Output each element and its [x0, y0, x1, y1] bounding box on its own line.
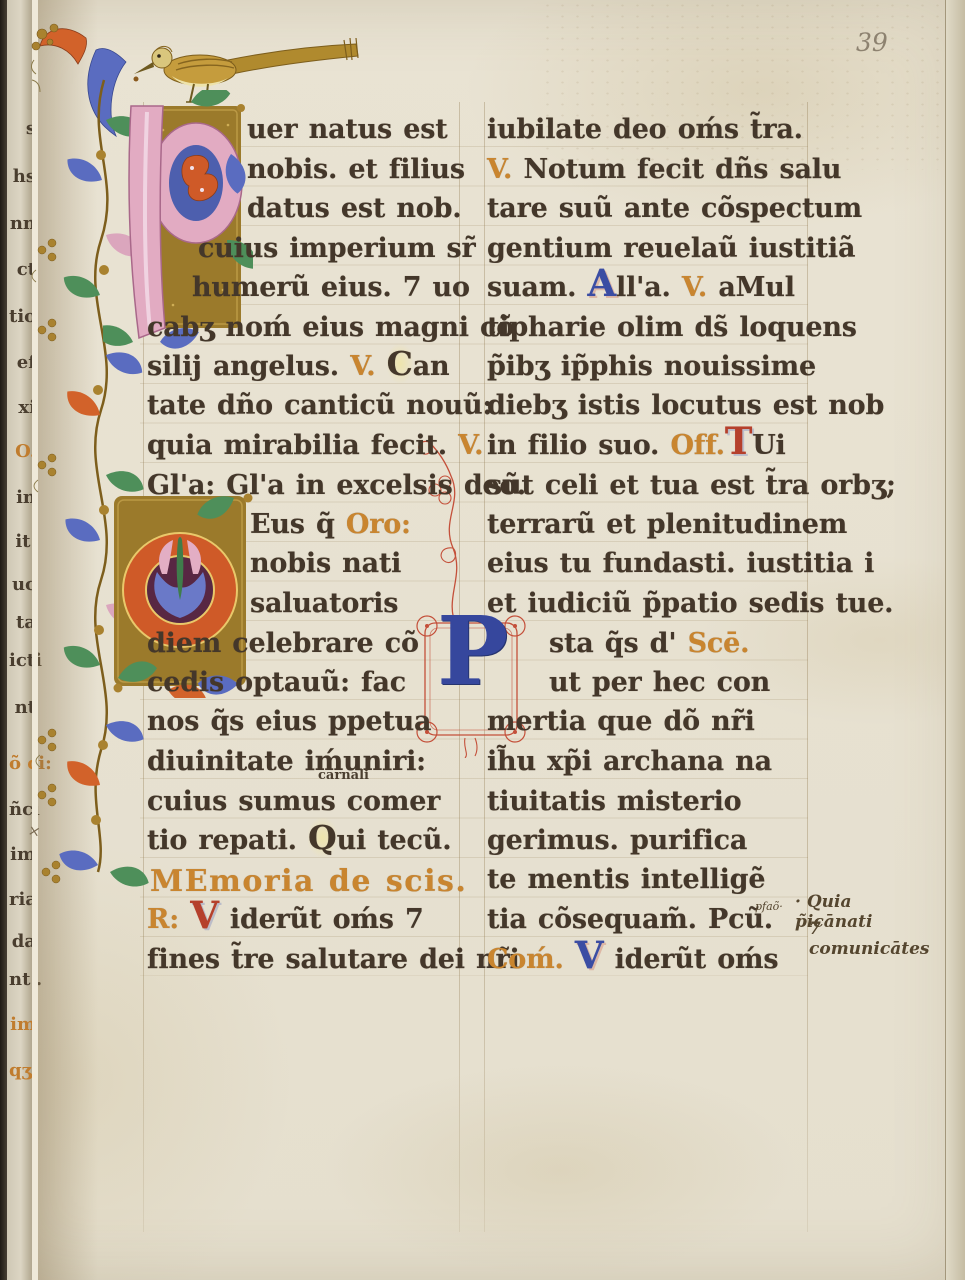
text-line: te mentis intelligẽ — [487, 864, 765, 895]
text-line: uer natus est — [247, 114, 448, 145]
text-segment: Eus q̃ — [250, 509, 346, 540]
text-line: iubilate deo oḿs t̃ra. — [487, 114, 803, 145]
text-line: Coḿ. V iderũt oḿs — [487, 944, 778, 975]
versicle-mark: V. — [458, 430, 483, 461]
text-line: nobis. et filius — [247, 154, 465, 185]
text-line: Eus q̃ Oro: — [250, 509, 411, 540]
text-line: cuius sumus comer — [147, 786, 440, 817]
text-line: tare suũ ante cõspectum — [487, 193, 862, 224]
inline-initial-C: C — [387, 344, 413, 383]
text-segment: in filio suo. — [487, 430, 670, 461]
text-line: R: V iderũt oḿs 7 — [147, 904, 424, 935]
text-line: suam. All'a. V. aMul — [487, 272, 795, 303]
text-segment: quia mirabilia fecit. — [147, 430, 458, 461]
text-segment: iderũt oḿs 7 — [219, 904, 424, 935]
versicle-mark: V. — [350, 351, 386, 382]
text-line: sũt celi et tua est t̃ra orbʒ; — [487, 470, 896, 501]
text-line: datus est nob. — [247, 193, 461, 224]
text-line: nos q̃s eius ppetua — [147, 706, 431, 737]
text-line: in filio suo. Off.TUi — [487, 430, 786, 461]
text-line: quia mirabilia fecit. V. — [147, 430, 483, 461]
text-line: saluatoris — [250, 588, 398, 619]
ruling-vertical — [807, 102, 808, 1232]
text-line: fines t̃re salutare dei nr̃i — [147, 944, 520, 975]
text-segment: silij angelus. — [147, 351, 350, 382]
versicle-mark: V. — [682, 272, 718, 303]
text-segment: sta q̃s d' — [549, 628, 688, 659]
text-segment: iderũt oḿs — [603, 944, 778, 975]
versicle-mark: V. — [487, 154, 523, 185]
marginal-note-label: pfaõ· — [755, 900, 783, 913]
text-segment: ui tecũ. — [337, 825, 452, 856]
text-line: nobis nati — [250, 548, 401, 579]
text-line: diuinitate iḿuniri: — [147, 746, 426, 777]
penwork-initial-V: V — [190, 893, 219, 937]
page-right-edge — [945, 0, 965, 1280]
text-line: diebʒ istis locutus est nob — [487, 390, 884, 421]
interlinear-correction: carnali — [318, 768, 369, 783]
text-line: et iudiciũ p̃patio sedis tue. — [487, 588, 893, 619]
text-line: terrarũ et plenitudinem — [487, 509, 847, 540]
text-line: Gl'a: Gl'a in excelsis deo. — [147, 470, 526, 501]
text-segment: tio repati. — [147, 825, 308, 856]
text-line: diem celebrare cõ — [147, 628, 419, 659]
book-spine — [0, 0, 7, 1280]
rubric-offertorium: Off. — [670, 430, 724, 461]
text-segment: aMul — [718, 272, 794, 303]
marginal-note-line: 7 comunicātes — [809, 919, 929, 959]
penwork-initial-A: A — [588, 261, 617, 305]
text-segment: Notum fecit dñs salu — [523, 154, 841, 185]
text-line: ut per hec con — [549, 667, 770, 698]
text-line: silij angelus. V. Can — [147, 351, 449, 382]
folio-number: 39 — [856, 28, 888, 57]
text-segment: Ui — [752, 430, 785, 461]
text-line: cedis optauũ: fac — [147, 667, 406, 698]
rubric-secreta: Scē. — [688, 628, 750, 659]
text-line: humerũ eius. 7 uo — [192, 272, 470, 303]
text-line: tio repati. Qui tecũ. — [147, 825, 451, 856]
penwork-initial-T: T — [725, 419, 752, 463]
responsory-mark: R: — [147, 904, 190, 935]
text-segment: an — [413, 351, 450, 382]
text-segment: ll'a. — [616, 272, 682, 303]
highlighted-Q: Q — [308, 818, 337, 857]
text-line: tia cõsequam̃. Pcũ. — [487, 904, 773, 935]
rubric-communio: Coḿ. — [487, 944, 575, 975]
text-line: eius tu fundasti. iustitia i — [487, 548, 874, 579]
text-line: ih̃u xp̃i archana na — [487, 746, 772, 777]
text-line: tipharie olim ds̃ loquens — [487, 312, 857, 343]
text-line: cuius imperium sr̃ — [198, 233, 476, 264]
text-line: V. Notum fecit dñs salu — [487, 154, 841, 185]
penwork-initial-V: V — [575, 933, 604, 977]
text-segment: suam. — [487, 272, 588, 303]
text-line: tiuitatis misterio — [487, 786, 741, 817]
text-line: tate dño canticũ nouũ: — [147, 390, 492, 421]
text-line: gerimus. purifica — [487, 825, 747, 856]
text-line: gentium reuelaũ iustitiã — [487, 233, 855, 264]
manuscript-page: s hs nn ct tio ef xi O. in it' uc ta ict… — [0, 0, 965, 1280]
rubric-oratio: Oro: — [346, 509, 411, 540]
text-line: cabʒ noḿ eius magni cõ — [147, 312, 514, 343]
text-line: sta q̃s d' Scē. — [549, 628, 749, 659]
text-line: p̃ibʒ ip̃phis nouissime — [487, 351, 816, 382]
illuminated-initial-P — [103, 90, 253, 350]
text-line: mertia que dõ nr̃i — [487, 706, 755, 737]
